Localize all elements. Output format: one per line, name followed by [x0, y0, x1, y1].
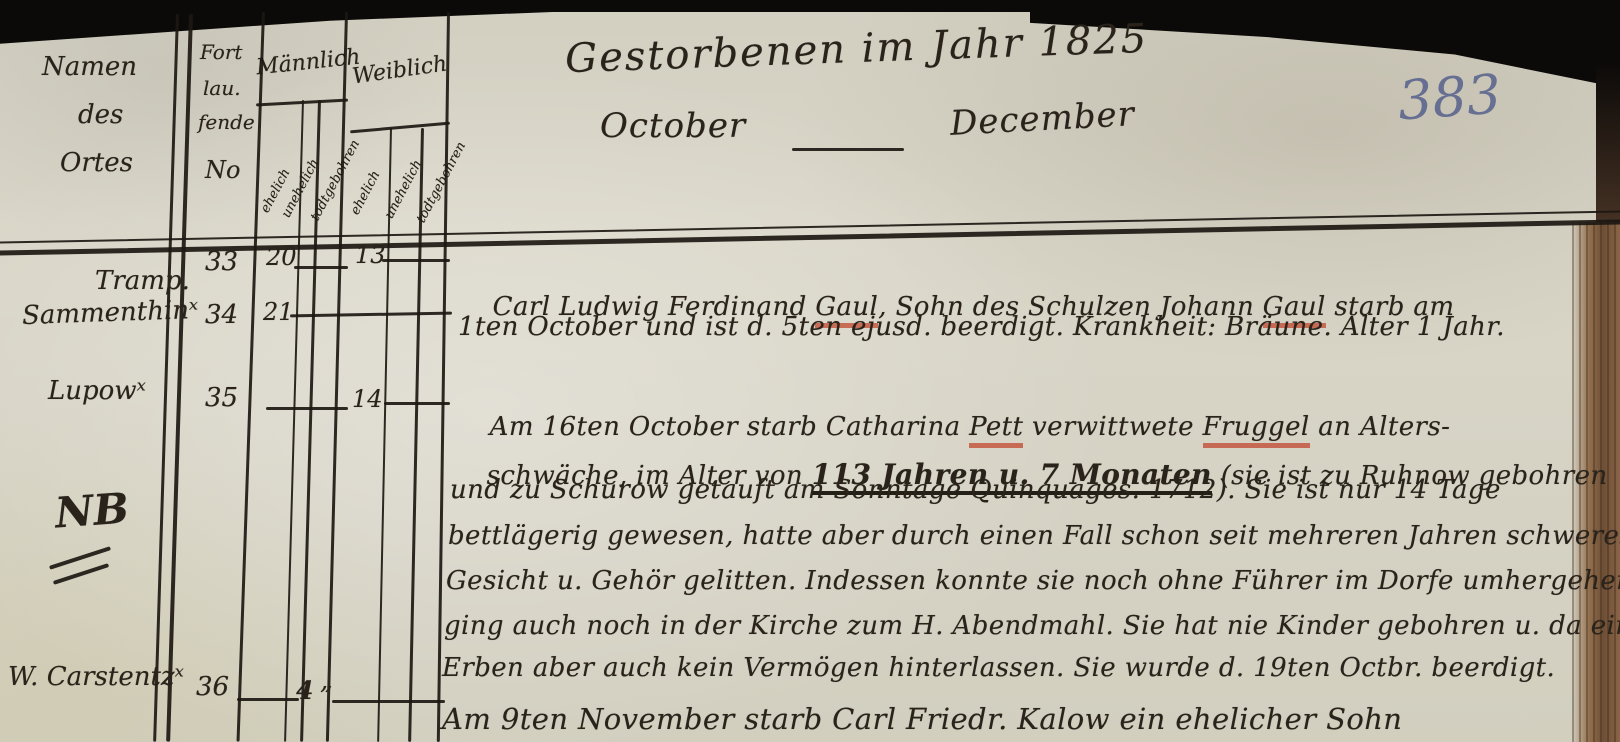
entry-line: Gesicht u. Gehör gelitten. Indessen konn… — [446, 566, 1620, 596]
no-header-line: lau. — [203, 76, 241, 100]
female-subcol-label: ehelich — [348, 168, 385, 218]
register-title: Gestorbenen im Jahr 1825 — [564, 16, 1149, 82]
row-male-count: 20 — [266, 243, 297, 271]
top-left-edge-shadow — [0, 0, 600, 46]
table-rule-vertical — [326, 12, 348, 742]
row-female-count: 13 — [355, 241, 386, 269]
no-header-line: fende — [198, 110, 255, 134]
entry-line: 1ten October und ist d. 5ten ejusd. beer… — [458, 312, 1505, 342]
table-rule-vertical — [166, 14, 192, 742]
female-header-bracket — [350, 122, 450, 133]
row-place-name: Tramp. — [95, 266, 190, 296]
row-place-name: Sammenthinˣ — [22, 295, 199, 331]
place-header-line: Namen — [42, 52, 137, 82]
row-dash — [237, 698, 299, 701]
row-dash — [332, 700, 445, 703]
female-column-header: Weiblich — [351, 51, 449, 89]
no-header-line: No — [205, 156, 240, 184]
table-rule-vertical — [377, 128, 392, 742]
row-number: 33 — [205, 247, 238, 277]
row-count-mark: 4 — [296, 676, 313, 705]
row-number: 34 — [205, 300, 238, 330]
month-range-dash — [792, 148, 904, 151]
row-male-count: 21 — [263, 298, 294, 326]
entry-line: und zu Schurow getauft am Sonntage Quinq… — [450, 475, 1501, 505]
header-separator — [0, 210, 1620, 257]
entry-line: Erben aber auch kein Vermögen hinterlass… — [442, 653, 1555, 683]
row-number: 35 — [205, 383, 238, 413]
entry-line: ging auch noch in der Kirche zum H. Aben… — [444, 611, 1620, 641]
nb-underline — [53, 563, 109, 585]
entry-line: Am 9ten November starb Carl Friedr. Kalo… — [442, 702, 1402, 736]
place-header-line: des — [78, 100, 123, 130]
entry-line: Carl Ludwig Ferdinand Gaul, Sohn des Sch… — [458, 262, 1454, 358]
month-range-to: December — [949, 94, 1136, 144]
row-dash — [294, 266, 348, 269]
place-header-line: Ortes — [60, 148, 133, 178]
no-header-line: Fort — [200, 40, 242, 64]
table-rule-vertical — [153, 14, 178, 742]
row-dash — [266, 407, 348, 410]
month-range-from: October — [600, 106, 746, 146]
row-female-count: 14 — [352, 385, 383, 413]
row-number: 36 — [196, 672, 229, 702]
row-count-mark: „ — [320, 666, 333, 695]
row-place-name: Lupowˣ — [48, 376, 146, 406]
page-number-pencil: 383 — [1396, 62, 1503, 132]
row-place-name: W. Carstentzˣ — [8, 662, 184, 692]
death-register-page: Gestorbenen im Jahr 1825 October Decembe… — [0, 0, 1620, 742]
nb-mark: NB — [53, 483, 130, 537]
entry-line: bettlägerig gewesen, hatte aber durch ei… — [448, 521, 1620, 551]
row-dash — [382, 259, 450, 262]
row-dash — [384, 402, 450, 405]
